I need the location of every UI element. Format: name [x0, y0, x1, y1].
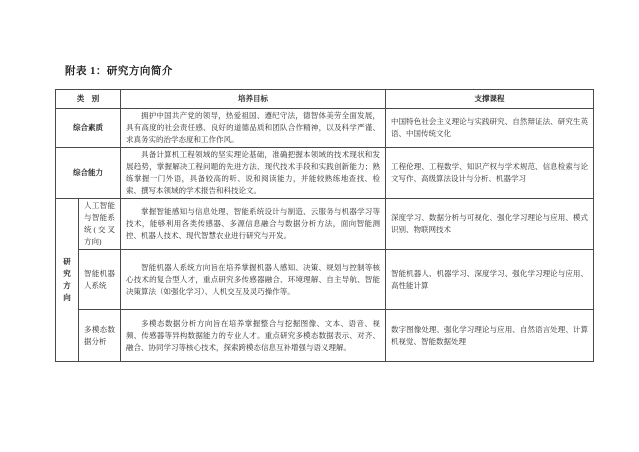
- goal-cell: 拥护中国共产党的领导，热爱祖国、遵纪守法，德智体美劳全面发展，具有高度的社会责任…: [121, 109, 386, 148]
- research-directions-table: 类 别 培养目标 支撑课程 综合素质 拥护中国共产党的领导，热爱祖国、遵纪守法，…: [55, 89, 594, 362]
- page-title: 附表 1：研究方向简介: [65, 63, 173, 78]
- goal-cell: 智能机器人系统方向旨在培养掌握机器人感知、决策、规划与控制等核心技术的复合型人才…: [121, 250, 386, 310]
- goal-cell: 掌握智能感知与信息处理、智能系统设计与制造、云服务与机器学习等技术，能够利用各类…: [121, 199, 386, 250]
- table-row: 综合能力 具备计算机工程领域的坚实理论基础，准确把握本领域的技术现状和发展趋势，…: [56, 148, 594, 199]
- header-goal: 培养目标: [121, 90, 386, 109]
- category-label: 综合素质: [56, 109, 121, 148]
- table-row: 研究方向 人工智能与智能系统(交叉方向) 掌握智能感知与信息处理、智能系统设计与…: [56, 199, 594, 250]
- research-direction-label: 研究方向: [56, 199, 79, 362]
- header-category: 类 别: [56, 90, 121, 109]
- courses-cell: 工程伦理、工程数学、知识产权与学术规范、信息检索与论文写作、高级算法设计与分析、…: [386, 148, 594, 199]
- category-label: 综合能力: [56, 148, 121, 199]
- document-page: 附表 1：研究方向简介 类 别 培养目标 支撑课程 综合素质 拥护中国共产党的领…: [0, 0, 639, 452]
- subcategory-label: 多模态数据分析: [79, 310, 121, 362]
- courses-cell: 数字图像处理、强化学习理论与应用、自然语言处理、计算机视觉、智能数据处理: [386, 310, 594, 362]
- courses-cell: 深度学习、数据分析与可视化、强化学习理论与应用、模式识别、物联网技术: [386, 199, 594, 250]
- goal-cell: 具备计算机工程领域的坚实理论基础，准确把握本领域的技术现状和发展趋势，掌握解决工…: [121, 148, 386, 199]
- courses-cell: 智能机器人、机器学习、深度学习、强化学习理论与应用、高性能计算: [386, 250, 594, 310]
- courses-cell: 中国特色社会主义理论与实践研究、自然辩证法、研究生英语、中国传统文化: [386, 109, 594, 148]
- table-row: 智能机器人系统 智能机器人系统方向旨在培养掌握机器人感知、决策、规划与控制等核心…: [56, 250, 594, 310]
- header-courses: 支撑课程: [386, 90, 594, 109]
- subcategory-label: 人工智能与智能系统(交叉方向): [79, 199, 121, 250]
- table-row: 多模态数据分析 多模态数据分析方向旨在培养掌握整合与挖掘图像、文本、语音、视频、…: [56, 310, 594, 362]
- goal-cell: 多模态数据分析方向旨在培养掌握整合与挖掘图像、文本、语音、视频、传感器等异构数据…: [121, 310, 386, 362]
- table-row: 综合素质 拥护中国共产党的领导，热爱祖国、遵纪守法，德智体美劳全面发展，具有高度…: [56, 109, 594, 148]
- table-header-row: 类 别 培养目标 支撑课程: [56, 90, 594, 109]
- subcategory-label: 智能机器人系统: [79, 250, 121, 310]
